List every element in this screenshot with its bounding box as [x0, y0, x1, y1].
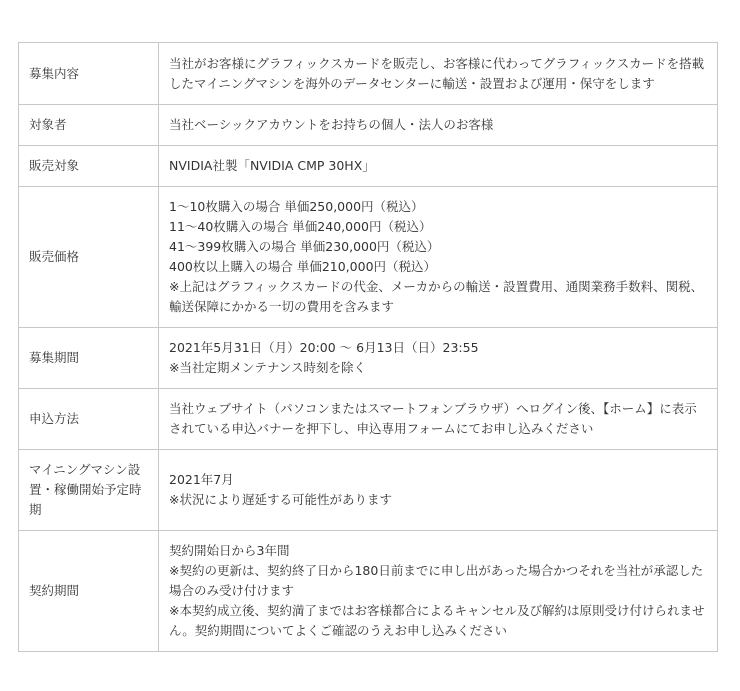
row-value: 2021年7月 ※状況により遅延する可能性があります — [159, 450, 718, 531]
row-value: 当社ベーシックアカウントをお持ちの個人・法人のお客様 — [159, 105, 718, 146]
value-line: ※当社定期メンテナンス時刻を除く — [169, 358, 709, 378]
value-line: ※契約の更新は、契約終了日から180日前までに申し出があった場合かつそれを当社が… — [169, 561, 709, 601]
offer-details-table: 募集内容 当社がお客様にグラフィックスカードを販売し、お客様に代わってグラフィッ… — [18, 42, 718, 652]
value-line: ※状況により遅延する可能性があります — [169, 490, 709, 510]
row-value: 2021年5月31日（月）20:00 〜 6月13日（日）23:55 ※当社定期… — [159, 328, 718, 389]
value-line: 当社ベーシックアカウントをお持ちの個人・法人のお客様 — [169, 115, 709, 135]
table-row-target: 対象者 当社ベーシックアカウントをお持ちの個人・法人のお客様 — [19, 105, 718, 146]
value-line: ※上記はグラフィックスカードの代金、メーカからの輸送・設置費用、通関業務手数料、… — [169, 277, 709, 317]
value-line: 11〜40枚購入の場合 単価240,000円（税込） — [169, 217, 709, 237]
value-line: NVIDIA社製「NVIDIA CMP 30HX」 — [169, 156, 709, 176]
table-row-recruitment-period: 募集期間 2021年5月31日（月）20:00 〜 6月13日（日）23:55 … — [19, 328, 718, 389]
row-label: 申込方法 — [19, 389, 159, 450]
value-line: 1〜10枚購入の場合 単価250,000円（税込） — [169, 197, 709, 217]
value-line: 2021年7月 — [169, 470, 709, 490]
row-value: 当社ウェブサイト（パソコンまたはスマートフォンブラウザ）へログイン後、【ホーム】… — [159, 389, 718, 450]
table-row-recruitment-content: 募集内容 当社がお客様にグラフィックスカードを販売し、お客様に代わってグラフィッ… — [19, 43, 718, 105]
row-value: NVIDIA社製「NVIDIA CMP 30HX」 — [159, 146, 718, 187]
table-row-operation-start: マイニングマシン設置・稼働開始予定時期 2021年7月 ※状況により遅延する可能… — [19, 450, 718, 531]
value-line: 当社がお客様にグラフィックスカードを販売し、お客様に代わってグラフィックスカード… — [169, 54, 709, 94]
row-label: 募集期間 — [19, 328, 159, 389]
value-line: 400枚以上購入の場合 単価210,000円（税込） — [169, 257, 709, 277]
value-line: ※本契約成立後、契約満了まではお客様都合によるキャンセル及び解約は原則受け付けら… — [169, 601, 709, 641]
value-line: 当社ウェブサイト（パソコンまたはスマートフォンブラウザ）へログイン後、【ホーム】… — [169, 399, 709, 439]
table-row-application-method: 申込方法 当社ウェブサイト（パソコンまたはスマートフォンブラウザ）へログイン後、… — [19, 389, 718, 450]
table-row-contract-period: 契約期間 契約開始日から3年間 ※契約の更新は、契約終了日から180日前までに申… — [19, 531, 718, 652]
table-row-product: 販売対象 NVIDIA社製「NVIDIA CMP 30HX」 — [19, 146, 718, 187]
row-label: マイニングマシン設置・稼働開始予定時期 — [19, 450, 159, 531]
value-line: 契約開始日から3年間 — [169, 541, 709, 561]
row-label: 販売対象 — [19, 146, 159, 187]
row-label: 対象者 — [19, 105, 159, 146]
row-label: 募集内容 — [19, 43, 159, 105]
value-line: 41〜399枚購入の場合 単価230,000円（税込） — [169, 237, 709, 257]
value-line: 2021年5月31日（月）20:00 〜 6月13日（日）23:55 — [169, 338, 709, 358]
row-label: 販売価格 — [19, 187, 159, 328]
row-value: 当社がお客様にグラフィックスカードを販売し、お客様に代わってグラフィックスカード… — [159, 43, 718, 105]
row-value: 契約開始日から3年間 ※契約の更新は、契約終了日から180日前までに申し出があっ… — [159, 531, 718, 652]
row-value: 1〜10枚購入の場合 単価250,000円（税込） 11〜40枚購入の場合 単価… — [159, 187, 718, 328]
row-label: 契約期間 — [19, 531, 159, 652]
table-row-price: 販売価格 1〜10枚購入の場合 単価250,000円（税込） 11〜40枚購入の… — [19, 187, 718, 328]
